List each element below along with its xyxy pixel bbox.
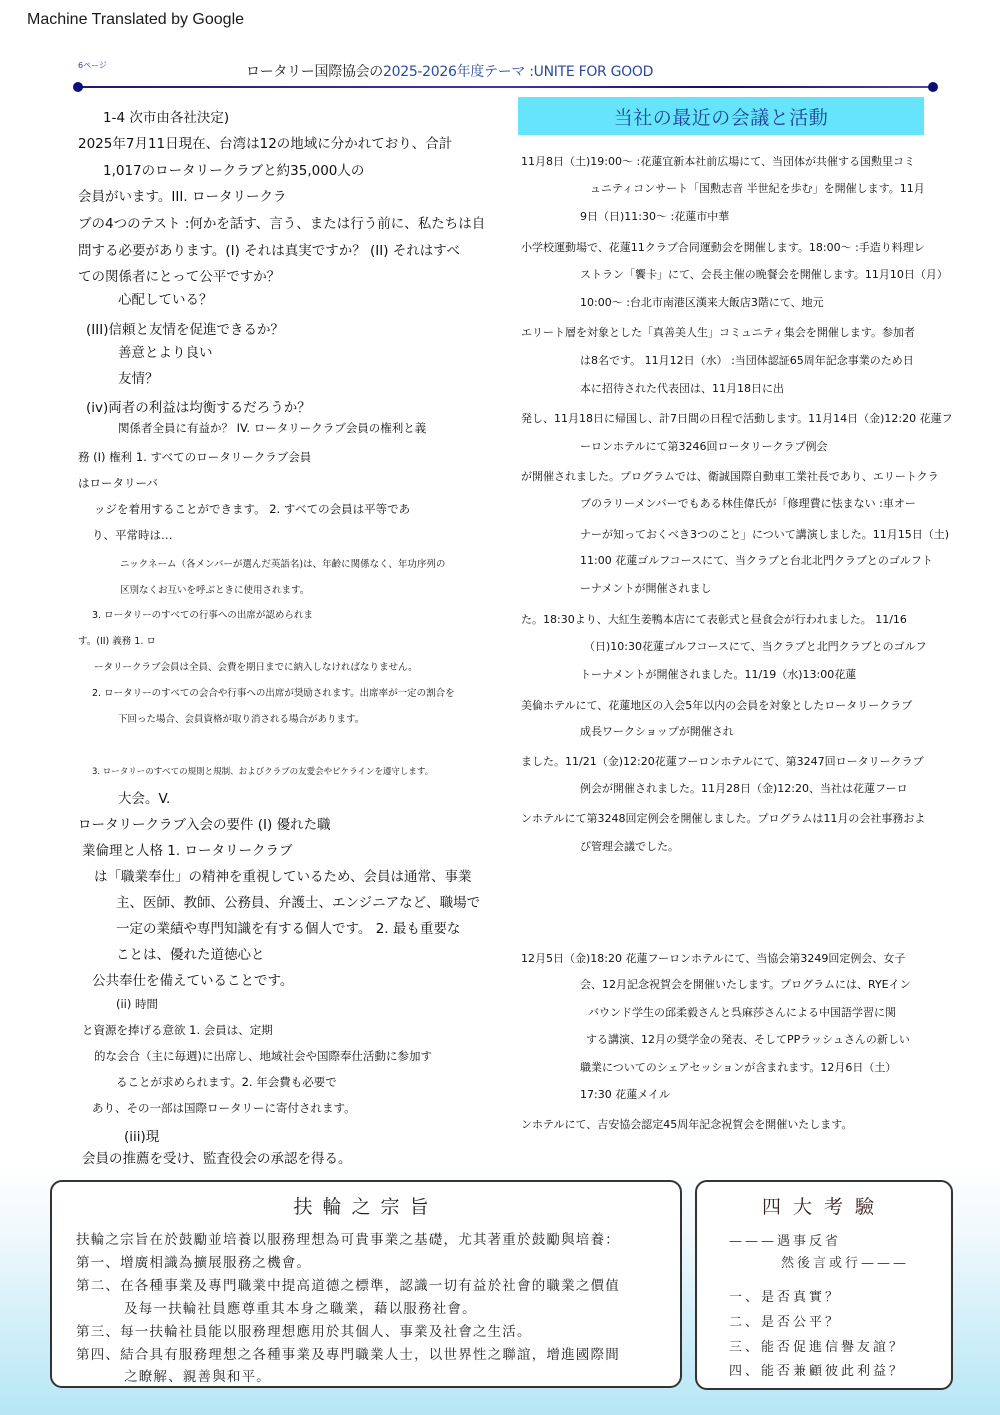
text-line: り、平常時は… bbox=[92, 527, 173, 543]
object-of-rotary-box: 扶輪之宗旨 扶輪之宗旨在於鼓勵並培養以服務理想為可貴事業之基礎，尤其著重於鼓勵與… bbox=[50, 1180, 682, 1388]
activity-line: 10:00～ :台北市南港区漢来大飯店3階にて、地元 bbox=[580, 294, 824, 310]
page-title: ロータリー国際協会の2025-2026年度テーマ :UNITE FOR GOOD bbox=[246, 61, 653, 81]
text-line: はロータリーバ bbox=[78, 475, 158, 491]
text-line: す。(II) 義務 1. ロ bbox=[78, 633, 156, 647]
object-line: 第一、增廣相識為擴展服務之機會。 bbox=[76, 1251, 311, 1271]
text-line: (iii)現 bbox=[124, 1125, 159, 1145]
four-way-test-title: 四大考驗 bbox=[697, 1192, 951, 1219]
activity-line: ーロンホテルにて第3246回ロータリークラブ例会 bbox=[580, 438, 827, 454]
activity-line: 職業についてのシェアセッションが含まれます。12月6日（土） bbox=[580, 1059, 896, 1075]
text-line: 3. ロータリーのすべての規則と規制、およびクラブの友愛会やピケラインを遵守しま… bbox=[92, 765, 433, 777]
page-number: 6ページ bbox=[78, 60, 107, 71]
object-line: 及每一扶輪社員應尊重其本身之職業，藉以服務社會。 bbox=[124, 1297, 477, 1317]
text-line: 主、医師、教師、公務員、弁護士、エンジニアなど、職場で bbox=[116, 891, 480, 911]
text-line: ータリークラブ会員は全員、会費を期日までに納入しなければなりません。 bbox=[94, 659, 418, 673]
text-line: 1-4 次市由各社決定) bbox=[103, 106, 229, 126]
text-line: ブの4つのテスト :何かを話す、言う、または行う前に、私たちは自 bbox=[78, 212, 485, 232]
activities-heading: 当社の最近の会議と活動 bbox=[518, 97, 924, 135]
activity-line: が開催されました。プログラムでは、衛誠国際自動車工業社長であり、エリートクラ bbox=[521, 468, 939, 484]
text-line: ニックネーム（各メンバーが選んだ英語名)は、年齢に関係なく、年功序列の bbox=[120, 556, 445, 570]
activity-line: エリート層を対象とした「真善美人生」コミュニティ集会を開催します。参加者 bbox=[521, 324, 915, 340]
activity-line: 9日（日)11:30～ :花蓮市中華 bbox=[580, 208, 729, 224]
activity-line: する講演、12月の奨学金の発表、そしてPPラッシュさんの新しい bbox=[586, 1031, 910, 1047]
four-way-test-box: 四大考驗 ———遇事反省 然後言或行——— 一、是否真實？ 二、是否公平？ 三、… bbox=[695, 1180, 953, 1390]
activity-line: 成長ワークショップが開催され bbox=[580, 723, 734, 739]
text-line: (iv)両者の利益は均衡するだろうか？ bbox=[86, 396, 311, 416]
text-line: と資源を捧げる意欲 1. 会員は、定期 bbox=[82, 1022, 273, 1038]
four-way-test-item: 一、是否真實？ bbox=[729, 1286, 841, 1305]
activity-line: 美倫ホテルにて、花蓮地区の入会5年以内の会員を対象としたロータリークラブ bbox=[521, 697, 912, 713]
four-way-test-subtitle: 然後言或行——— bbox=[781, 1252, 909, 1271]
activity-line: 小学校運動場で、花蓮11クラブ合同運動会を開催します。18:00～ :手造り料理… bbox=[521, 239, 925, 255]
object-line: 第四、結合具有服務理想之各種事業及專門職業人士，以世界性之聯誼，增進國際間 bbox=[76, 1343, 620, 1363]
activity-line: 12月5日（金)18:20 花蓮フーロンホテルにて、当協会第3249回定例会、女… bbox=[521, 950, 905, 966]
activity-line: は8名です。 11月12日（水） :当団体認証65周年記念事業のため日 bbox=[580, 352, 914, 368]
four-way-test-subtitle: ———遇事反省 bbox=[729, 1230, 841, 1249]
activity-line: 会、12月記念祝賀会を開催いたします。プログラムには、RYEイン bbox=[580, 976, 911, 992]
activity-line: （日)10:30花蓮ゴルフコースにて、当クラブと北門クラブとのゴルフ bbox=[584, 638, 927, 654]
divider-dot-right-icon bbox=[928, 82, 938, 92]
text-line: 心配している？ bbox=[118, 288, 213, 308]
four-way-test-item: 三、能否促進信譽友誼？ bbox=[729, 1336, 905, 1355]
text-line: 下回った場合、会員資格が取り消される場合があります。 bbox=[118, 711, 364, 725]
activity-line: トーナメントが開催されました。11/19（水)13:00花蓮 bbox=[580, 666, 856, 682]
activity-line: バウンド学生の邱柔毅さんと呉麻莎さんによる中国語学習に関 bbox=[588, 1004, 896, 1020]
object-line: 之瞭解、親善與和平。 bbox=[124, 1365, 271, 1385]
activity-line: 11月8日（土)19:00～ :花蓮宜新本社前広場にて、当団体が共催する国勲里コ… bbox=[521, 153, 915, 169]
machine-translation-banner: Machine Translated by Google bbox=[27, 11, 244, 29]
activity-line: た。18:30より、大紅生姜鴨本店にて表彰式と昼食会が行われました。 11/16 bbox=[521, 611, 907, 627]
activity-line: ストラン「饗卡」にて、会長主催の晩餐会を開催します。11月10日（月） bbox=[580, 266, 948, 282]
activity-line: 発し、11月18日に帰国し、計7日間の日程で活動します。11月14日（金)12:… bbox=[521, 410, 953, 426]
divider-dot-left-icon bbox=[73, 82, 83, 92]
activity-line: ュニティコンサート「国勲志音 半世紀を歩む」を開催します。11月 bbox=[590, 180, 925, 196]
object-line: 扶輪之宗旨在於鼓勵並培養以服務理想為可貴事業之基礎，尤其著重於鼓勵與培養： bbox=[76, 1228, 620, 1248]
page-title-prefix: ロータリー国際協会の bbox=[246, 64, 383, 80]
activity-line: ました。11/21（金)12:20花蓮フーロンホテルにて、第3247回ロータリー… bbox=[521, 753, 924, 769]
text-line: ことは、優れた道徳心と bbox=[116, 943, 265, 963]
activity-line: び管理会議でした。 bbox=[580, 838, 679, 854]
activity-line: ンホテルにて第3248回定例会を開催しました。プログラムは11月の会社事務およ bbox=[521, 810, 925, 826]
object-of-rotary-title: 扶輪之宗旨 bbox=[52, 1192, 680, 1219]
text-line: 一定の業績や専門知識を有する個人です。 2. 最も重要な bbox=[116, 917, 460, 937]
text-line: は「職業奉仕」の精神を重視しているため、会員は通常、事業 bbox=[94, 865, 471, 885]
text-line: 友情？ bbox=[118, 367, 159, 387]
object-line: 第三、每一扶輪社員能以服務理想應用於其個人、事業及社會之生活。 bbox=[76, 1320, 532, 1340]
text-line: 2025年7月11日現在、台湾は12の地域に分かれており、合計 bbox=[78, 132, 452, 152]
activity-line: 例会が開催されました。11月28日（金)12:20、当社は花蓮フーロ bbox=[580, 780, 908, 796]
text-line: 会員がいます。III. ロータリークラ bbox=[78, 185, 286, 205]
text-line: ロータリークラブ入会の要件 (I) 優れた職 bbox=[78, 813, 331, 833]
text-line: 的な会合（主に毎週)に出席し、地域社会や国際奉仕活動に参加す bbox=[94, 1048, 432, 1064]
text-line: 会員の推薦を受け、監査役会の承認を得る。 bbox=[82, 1147, 351, 1167]
text-line: 区別なくお互いを呼ぶときに使用されます。 bbox=[120, 582, 309, 596]
text-line: (ii) 時間 bbox=[116, 996, 158, 1012]
text-line: あり、その一部は国際ロータリーに寄付されます。 bbox=[92, 1100, 356, 1116]
text-line: 関係者全員に有益か？ IV. ロータリークラブ会員の権利と義 bbox=[118, 420, 426, 436]
text-line: 大会。V. bbox=[118, 787, 170, 807]
text-line: 2. ロータリーのすべての会合や行事への出席が奨励されます。出席率が一定の割合を bbox=[92, 685, 455, 699]
header-divider bbox=[78, 86, 933, 88]
text-line: 善意とより良い bbox=[118, 341, 213, 361]
activity-line: ナーが知っておくべき3つのこと」について講演しました。11月15日（土) bbox=[580, 526, 949, 542]
page-title-theme: 2025-2026年度テーマ :UNITE FOR GOOD bbox=[383, 64, 653, 80]
activity-line: ーナメントが開催されまし bbox=[580, 580, 712, 596]
text-line: ての関係者にとって公平ですか？ bbox=[78, 265, 280, 285]
text-line: 業倫理と人格 1. ロータリークラブ bbox=[82, 839, 292, 859]
object-line: 第二、在各種事業及專門職業中提高道德之標準，認識一切有益於社會的職業之價值 bbox=[76, 1274, 620, 1294]
text-line: (III)信頼と友情を促進できるか？ bbox=[86, 318, 284, 338]
activity-line: 11:00 花蓮ゴルフコースにて、当クラブと台北北門クラブとのゴルフト bbox=[580, 552, 933, 568]
text-line: 3. ロータリーのすべての行事への出席が認められま bbox=[92, 607, 313, 621]
activity-line: ンホテルにて、吉安協会認定45周年記念祝賀会を開催いたします。 bbox=[521, 1116, 852, 1132]
four-way-test-item: 二、是否公平？ bbox=[729, 1311, 841, 1330]
activity-line: 本に招待された代表団は、11月18日に出 bbox=[580, 380, 784, 396]
text-line: 1,017のロータリークラブと約35,000人の bbox=[103, 159, 364, 179]
activity-line: ブのラリーメンバーでもある林佳偉氏が「修理費に怯まない :車オー bbox=[580, 495, 916, 511]
text-line: ることが求められます。2. 年会費も必要で bbox=[116, 1074, 337, 1090]
four-way-test-item: 四、能否兼顧彼此利益？ bbox=[729, 1360, 905, 1379]
text-line: 務 (I) 権利 1. すべてのロータリークラブ会員 bbox=[78, 449, 311, 465]
text-line: 問する必要があります。(I) それは真実ですか？ (II) それはすべ bbox=[78, 239, 460, 259]
text-line: 公共奉仕を備えていることです。 bbox=[92, 969, 293, 989]
text-line: ッジを着用することができます。 2. すべての会員は平等であ bbox=[94, 501, 410, 517]
activity-line: 17:30 花蓮メイル bbox=[580, 1086, 670, 1102]
